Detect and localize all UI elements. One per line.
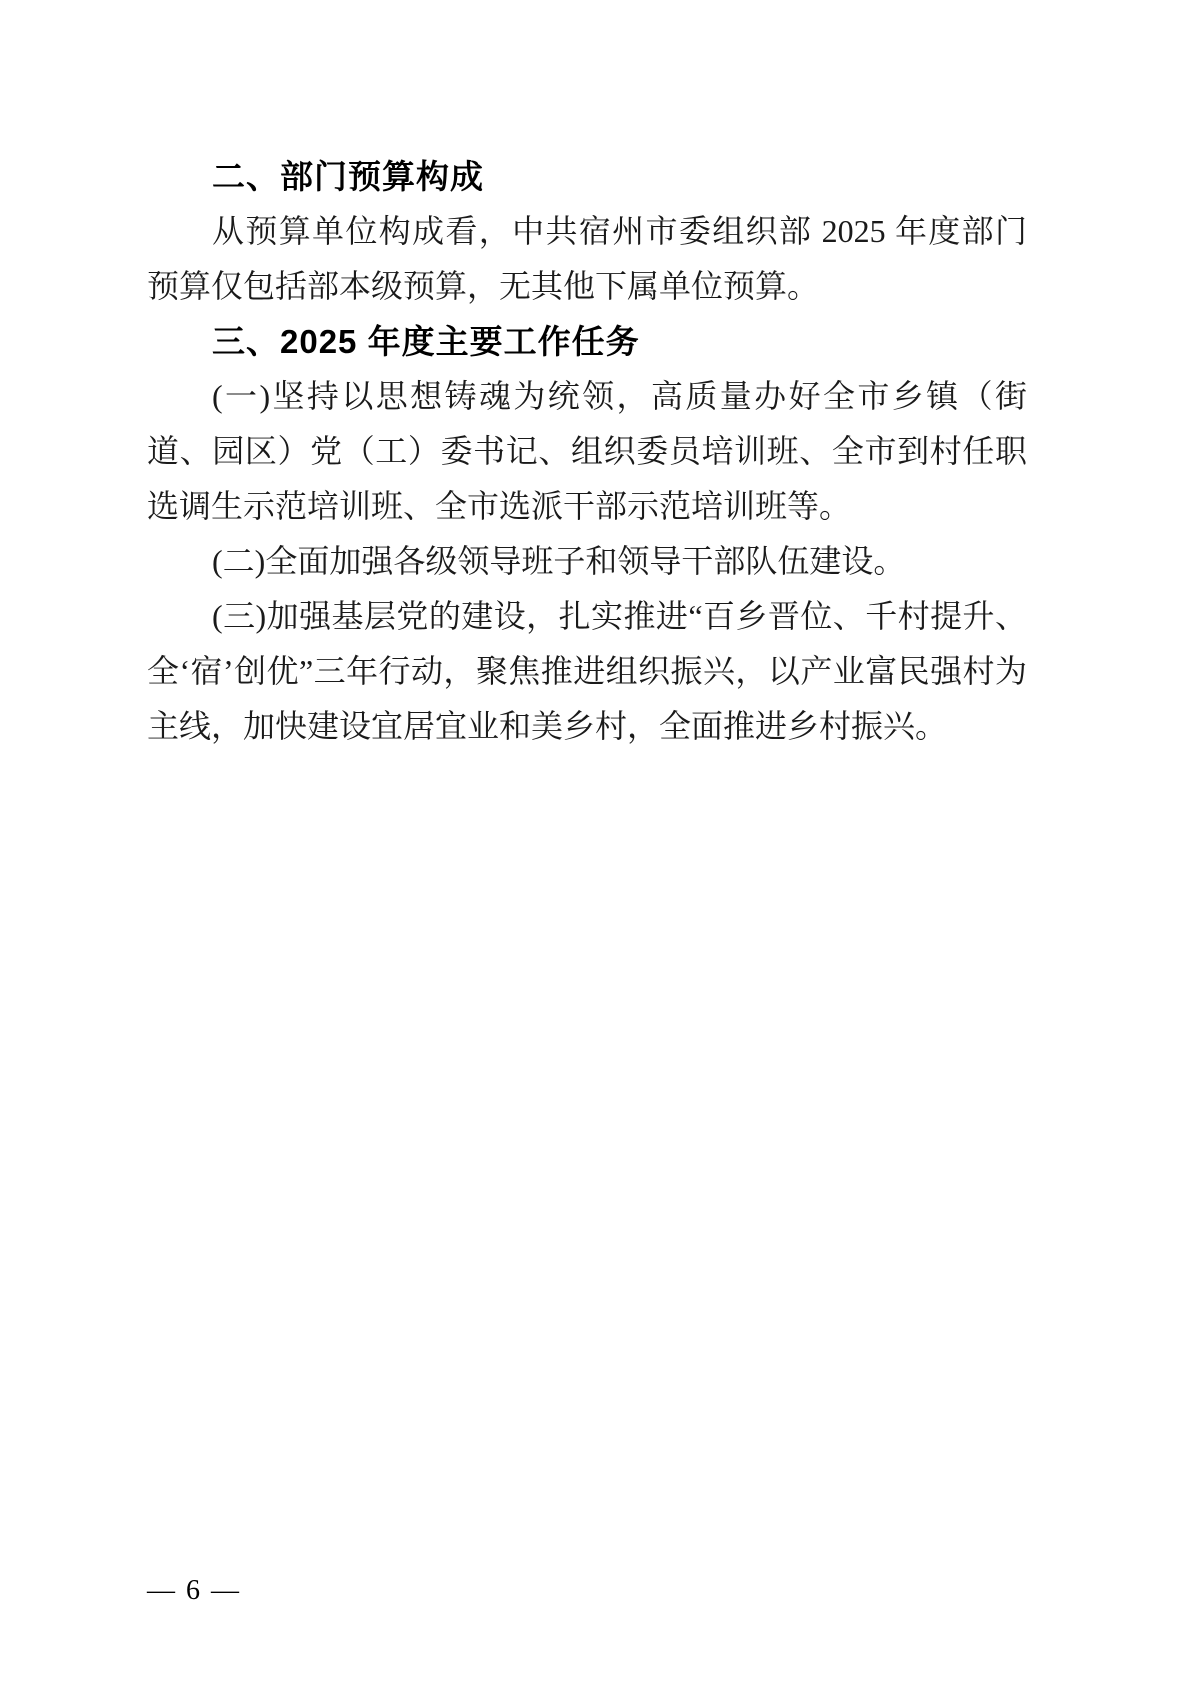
paragraph-budget-scope: 从预算单位构成看，中共宿州市委组织部 2025 年度部门预算仅包括部本级预算，无… xyxy=(147,204,1027,314)
document-body: 二、部门预算构成 从预算单位构成看，中共宿州市委组织部 2025 年度部门预算仅… xyxy=(147,149,1027,754)
paragraph-task-1: (一)坚持以思想铸魂为统领，高质量办好全市乡镇（街道、园区）党（工）委书记、组织… xyxy=(147,369,1027,534)
page-footer: — 6 — xyxy=(147,1576,241,1606)
page-number: — 6 — xyxy=(147,1575,241,1606)
paragraph-task-2: (二)全面加强各级领导班子和领导干部队伍建设。 xyxy=(147,534,1027,589)
document-page: 二、部门预算构成 从预算单位构成看，中共宿州市委组织部 2025 年度部门预算仅… xyxy=(0,0,1190,1683)
paragraph-task-3: (三)加强基层党的建设，扎实推进“百乡晋位、千村提升、全‘宿’创优”三年行动，聚… xyxy=(147,589,1027,754)
heading-2025-main-tasks: 三、2025 年度主要工作任务 xyxy=(147,314,1027,369)
heading-budget-composition: 二、部门预算构成 xyxy=(147,149,1027,204)
